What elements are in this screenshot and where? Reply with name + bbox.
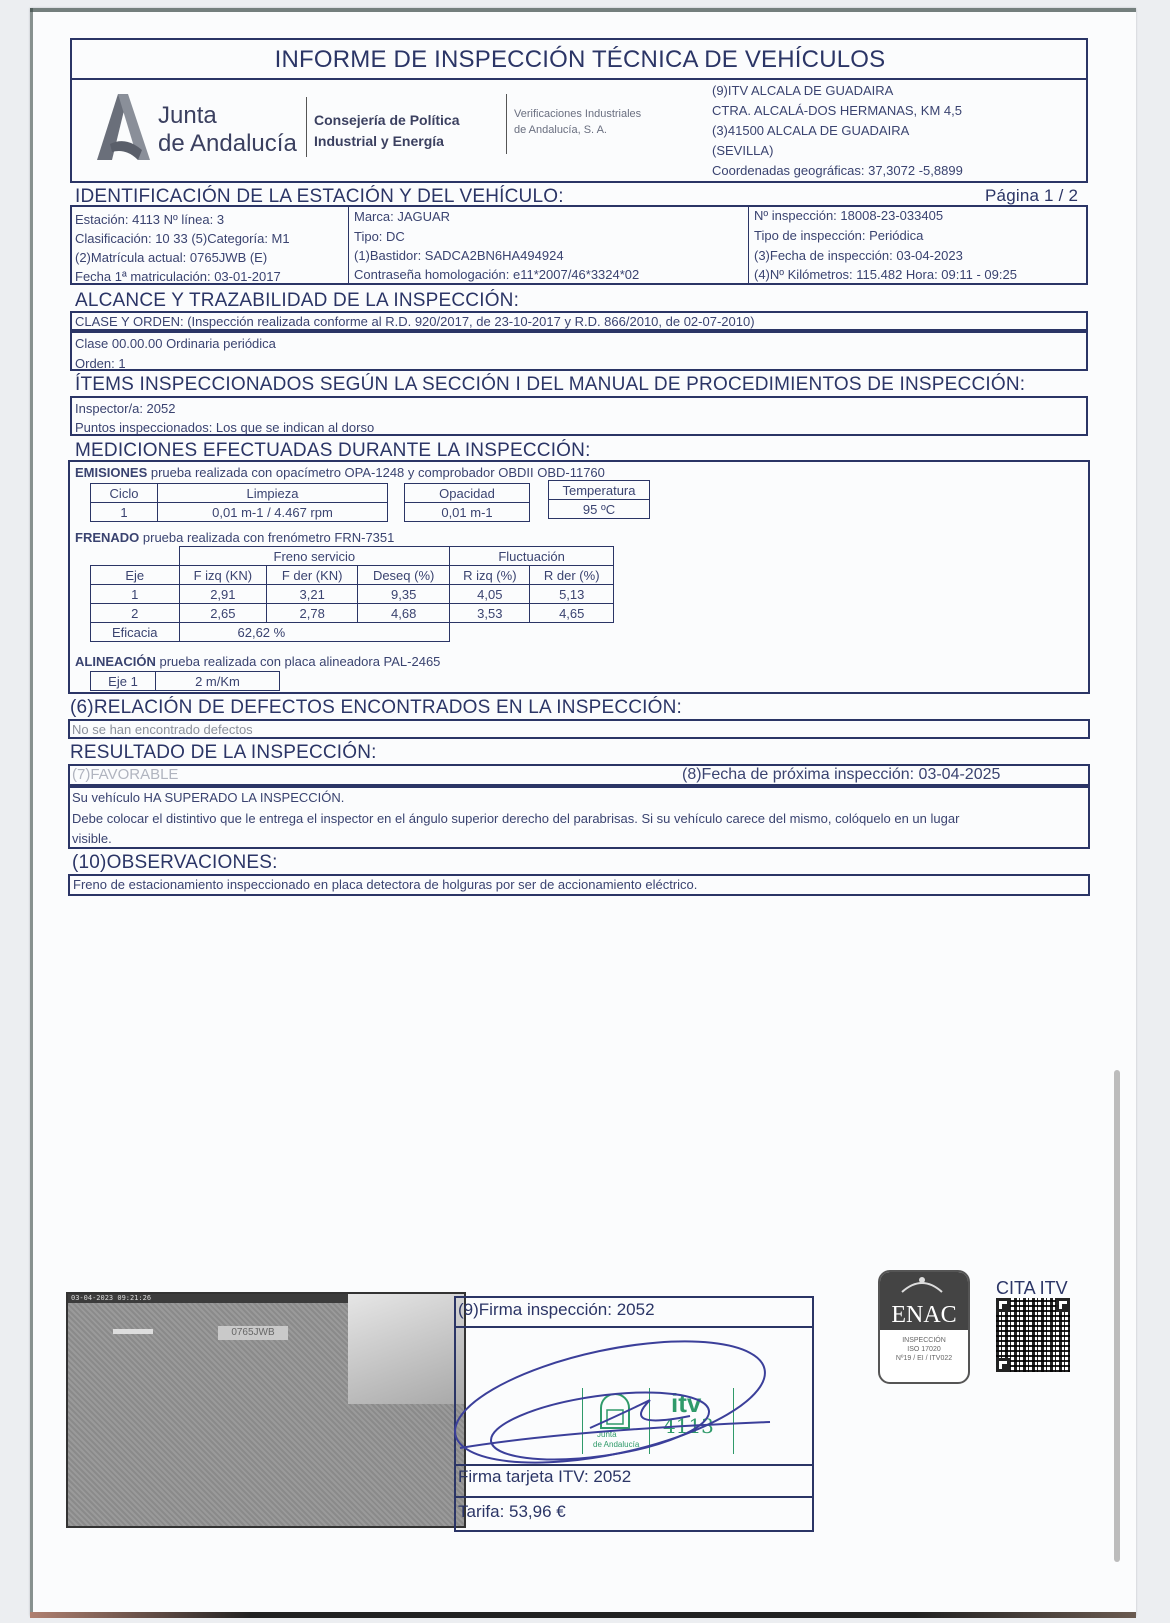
page-edge-left	[30, 8, 33, 1616]
logo-text-junta: Junta	[158, 102, 217, 130]
emissions-caption: EMISIONES prueba realizada con opacímetr…	[75, 465, 605, 480]
clase-orden-text: CLASE Y ORDEN: (Inspección realizada con…	[75, 314, 755, 329]
emissions-desc: prueba realizada con opacímetro OPA-1248…	[147, 465, 605, 480]
th-eje: Eje	[91, 566, 180, 585]
firma-inspeccion: (9)Firma inspección: 2052	[458, 1300, 655, 1320]
vehicle-photo: 03-04-2023 09:21:26 0765JWB	[66, 1292, 466, 1528]
logo-text-andalucia: de Andalucía	[158, 130, 297, 158]
table-row: 2 2,65 2,78 4,68 3,53 4,65	[91, 604, 614, 623]
efficacy-value: 62,62 %	[179, 623, 450, 642]
page-edge-bottom	[30, 1612, 1136, 1618]
items-title: ÍTEMS INSPECCIONADOS SEGÚN LA SECCIÓN I …	[75, 374, 1025, 396]
id-field: Estación: 4113 Nº línea: 3	[75, 212, 224, 227]
consejeria-line1: Consejería de Política	[314, 112, 460, 128]
measurements-title: MEDICIONES EFECTUADAS DURANTE LA INSPECC…	[75, 440, 591, 462]
th-r-der: R der (%)	[530, 566, 614, 585]
orden-text: Orden: 1	[75, 356, 126, 371]
id-field: Contraseña homologación: e11*2007/46*332…	[354, 267, 639, 282]
emissions-cycle-table: CicloLimpieza 10,01 m-1 / 4.467 rpm	[90, 483, 388, 522]
station-line: (3)41500 ALCALA DE GUADAIRA	[712, 123, 909, 138]
enac-line: ISO 17020	[880, 1345, 968, 1354]
next-inspection-date: (8)Fecha de próxima inspección: 03-04-20…	[682, 766, 1000, 784]
alignment-value: 2 m/Km	[156, 672, 280, 691]
table-row: 1 2,91 3,21 9,35 4,05 5,13	[91, 585, 614, 604]
scrollbar[interactable]	[1114, 1070, 1120, 1562]
result-line2: Debe colocar el distintivo que le entreg…	[72, 811, 959, 826]
cita-itv-label: CITA ITV	[996, 1278, 1068, 1299]
clase-text: Clase 00.00.00 Ordinaria periódica	[75, 336, 276, 351]
id-field: Tipo de inspección: Periódica	[754, 228, 923, 243]
logo-divider	[306, 97, 307, 157]
id-field: Fecha 1ª matriculación: 03-01-2017	[75, 269, 281, 284]
signature-scribble	[450, 1330, 780, 1470]
logo-divider-2	[506, 94, 507, 154]
enac-line: INSPECCIÓN	[880, 1330, 968, 1345]
tarifa: Tarifa: 53,96 €	[458, 1502, 566, 1522]
photo-plate: 0765JWB	[218, 1326, 288, 1340]
id-field: Marca: JAGUAR	[354, 209, 450, 224]
th-f-izq: F izq (KN)	[179, 566, 267, 585]
th-temperatura: Temperatura	[549, 481, 650, 500]
id-field: (3)Fecha de inspección: 03-04-2023	[754, 248, 963, 263]
page-number: Página 1 / 2	[985, 186, 1078, 206]
alignment-caption: ALINEACIÓN prueba realizada con placa al…	[75, 654, 440, 669]
veiasa-line2: de Andalucía, S. A.	[514, 124, 607, 136]
firma-tarjeta: Firma tarjeta ITV: 2052	[458, 1467, 631, 1487]
col-divider	[348, 205, 349, 285]
consejeria-line2: Industrial y Energía	[314, 133, 444, 149]
id-field: (4)Nº Kilómetros: 115.482 Hora: 09:11 - …	[754, 267, 1017, 282]
th-limpieza: Limpieza	[158, 484, 388, 503]
emissions-opacity-table: Opacidad 0,01 m-1	[404, 483, 530, 522]
th-freno-servicio: Freno servicio	[179, 547, 450, 566]
scope-title: ALCANCE Y TRAZABILIDAD DE LA INSPECCIÓN:	[75, 290, 519, 312]
enac-line: Nº19 / EI / ITV022	[880, 1354, 968, 1363]
observations-text: Freno de estacionamiento inspeccionado e…	[73, 877, 697, 892]
th-f-der: F der (KN)	[267, 566, 358, 585]
inspector-text: Inspector/a: 2052	[75, 401, 175, 416]
id-field: (2)Matrícula actual: 0765JWB (E)	[75, 250, 267, 265]
th-fluctuacion: Fluctuación	[450, 547, 614, 566]
cell-opacidad: 0,01 m-1	[405, 503, 530, 522]
station-coordinates: Coordenadas geográficas: 37,3072 -5,8899	[712, 163, 963, 178]
id-field: Clasificación: 10 33 (5)Categoría: M1	[75, 231, 290, 246]
braking-caption: FRENADO prueba realizada con frenómetro …	[75, 530, 394, 545]
page-edge-top	[30, 8, 1136, 12]
junta-logo-icon	[92, 92, 152, 162]
th-r-izq: R izq (%)	[450, 566, 530, 585]
result-line3: visible.	[72, 831, 112, 846]
alignment-label: ALINEACIÓN	[75, 654, 156, 669]
station-line: (9)ITV ALCALA DE GUADAIRA	[712, 83, 893, 98]
cell-limpieza: 0,01 m-1 / 4.467 rpm	[158, 503, 388, 522]
station-line: (SEVILLA)	[712, 143, 773, 158]
braking-label: FRENADO	[75, 530, 139, 545]
cell-ciclo: 1	[91, 503, 158, 522]
verdict-text: (7)FAVORABLE	[72, 766, 178, 783]
efficacy-label: Eficacia	[91, 623, 180, 642]
veiasa-line1: Verificaciones Industriales	[514, 108, 641, 120]
result-title: RESULTADO DE LA INSPECCIÓN:	[70, 742, 377, 764]
station-line: CTRA. ALCALÁ-DOS HERMANAS, KM 4,5	[712, 103, 962, 118]
emissions-label: EMISIONES	[75, 465, 147, 480]
braking-desc: prueba realizada con frenómetro FRN-7351	[139, 530, 394, 545]
document-title: INFORME DE INSPECCIÓN TÉCNICA DE VEHÍCUL…	[0, 46, 1160, 74]
puntos-text: Puntos inspeccionados: Los que se indica…	[75, 420, 374, 435]
emissions-temperature-table: Temperatura 95 ºC	[548, 480, 650, 519]
alignment-table: Eje 12 m/Km	[90, 671, 280, 691]
alignment-desc: prueba realizada con placa alineadora PA…	[156, 654, 441, 669]
result-line1: Su vehículo HA SUPERADO LA INSPECCIÓN.	[72, 790, 344, 805]
id-field: (1)Bastidor: SADCA2BN6HA494924	[354, 248, 564, 263]
efficacy-row: Eficacia 62,62 %	[91, 623, 614, 642]
cell-temperatura: 95 ºC	[549, 500, 650, 519]
qr-code[interactable]	[996, 1298, 1070, 1372]
th-deseq: Deseq (%)	[358, 566, 450, 585]
defects-title: (6)RELACIÓN DE DEFECTOS ENCONTRADOS EN L…	[70, 697, 682, 719]
observations-title: (10)OBSERVACIONES:	[72, 852, 278, 874]
defects-text: No se han encontrado defectos	[72, 722, 253, 737]
id-field: Tipo: DC	[354, 229, 405, 244]
title-divider	[70, 78, 1088, 80]
braking-table: Freno servicio Fluctuación Eje F izq (KN…	[90, 546, 614, 642]
th-opacidad: Opacidad	[405, 484, 530, 503]
id-field: Nº inspección: 18008-23-033405	[754, 208, 943, 223]
col-divider	[748, 205, 749, 285]
alignment-axle: Eje 1	[91, 672, 156, 691]
crown-icon	[898, 1274, 946, 1294]
th-ciclo: Ciclo	[91, 484, 158, 503]
